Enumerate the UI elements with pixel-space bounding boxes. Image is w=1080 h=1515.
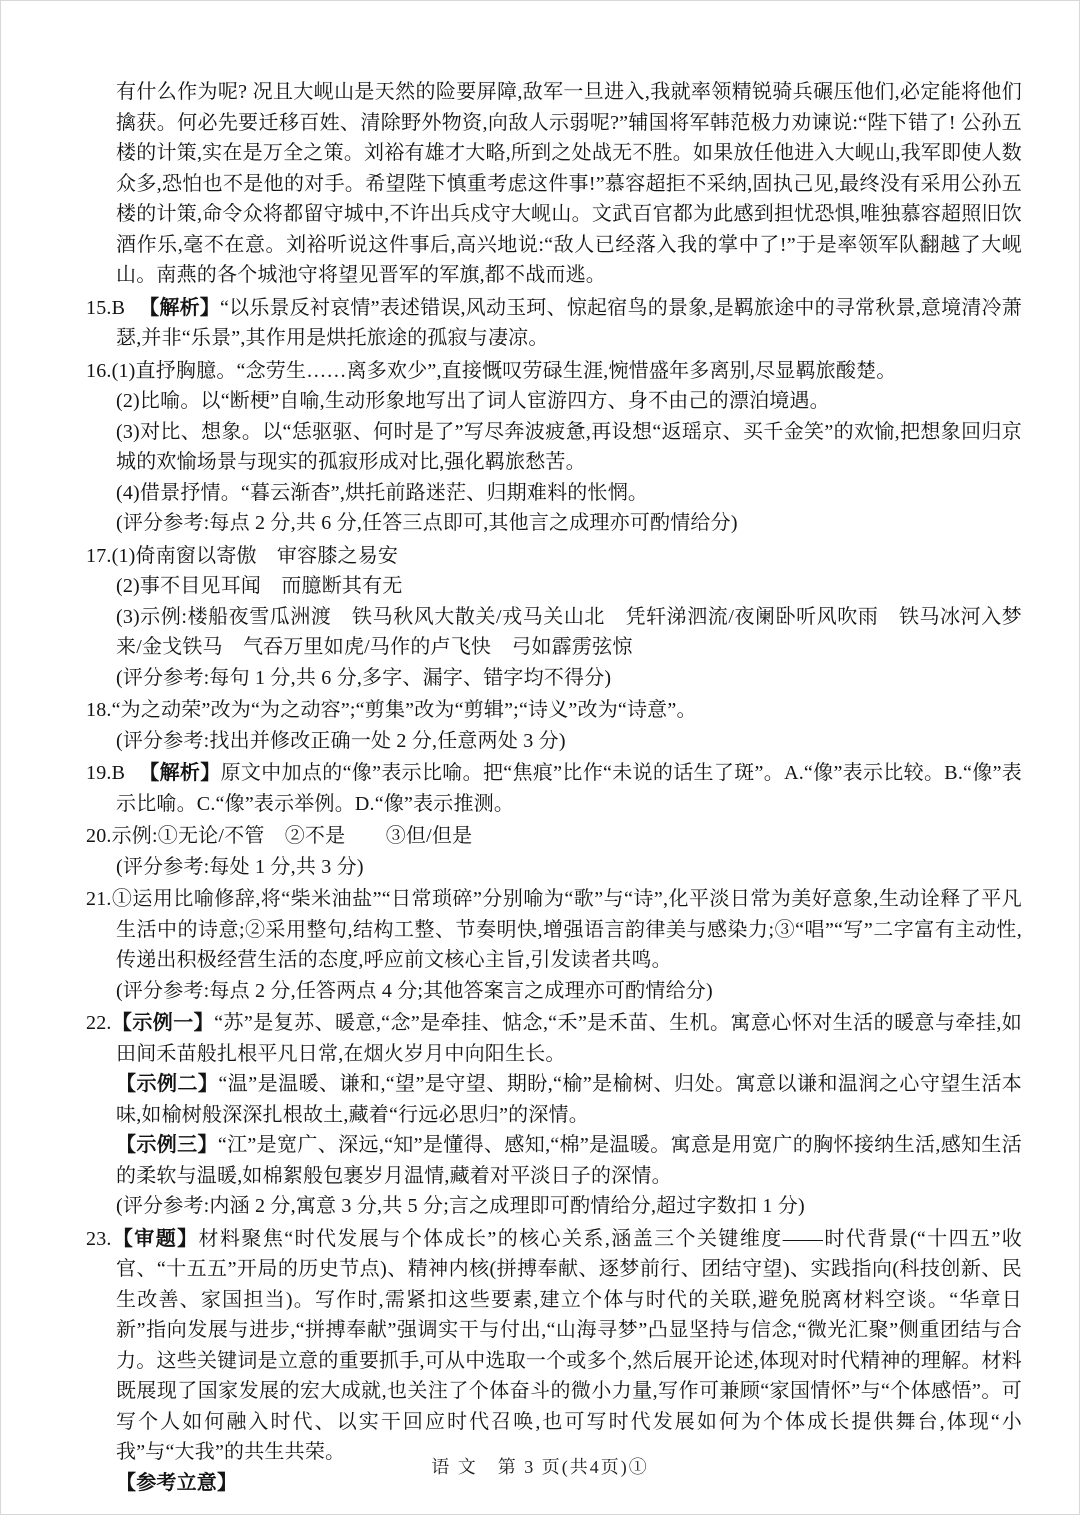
analysis-label: 【解析】 — [139, 762, 220, 784]
answer-paragraph: (2)比喻。以“断梗”自喻,生动形象地写出了词人宦游四方、身不由己的漂泊境遇。 — [116, 386, 1022, 417]
item-number: 17. — [86, 545, 112, 567]
answer-paragraph: 21.①运用比喻修辞,将“柴米油盐”“日常琐碎”分别喻为“歌”与“诗”,化平淡日… — [116, 884, 1022, 976]
translation-paragraph: 有什么作为呢? 况且大岘山是天然的险要屏障,敌军一旦进入,我就率领精锐骑兵碾压他… — [86, 77, 1022, 291]
topic-analysis-label: 【审题】 — [112, 1228, 199, 1250]
analysis-label: 【解析】 — [139, 297, 220, 319]
answer-paragraph: 22.【示例一】“苏”是复苏、暖意,“念”是牵挂、惦念,“禾”是禾苗、生机。寓意… — [116, 1008, 1022, 1069]
scoring-note: (评分参考:内涵 2 分,寓意 3 分,共 5 分;言之成理即可酌情给分,超过字… — [116, 1191, 1022, 1222]
page-footer: 语 文 第 3 页(共4页)① — [1, 1453, 1079, 1479]
exam-answer-page: 有什么作为呢? 况且大岘山是天然的险要屏障,敌军一旦进入,我就率领精锐骑兵碾压他… — [0, 0, 1080, 1515]
answer-paragraph: (3)示例:楼船夜雪瓜洲渡 铁马秋风大散关/戎马关山北 凭轩涕泗流/夜阑卧听风吹… — [116, 602, 1022, 663]
answer-item-20: 20.示例:①无论/不管 ②不是 ③但/但是 (评分参考:每处 1 分,共 3 … — [86, 821, 1022, 882]
answer-paragraph: 17.(1)倚南窗以寄傲 审容膝之易安 — [116, 541, 1022, 572]
item-number: 16. — [86, 360, 112, 382]
answer-item-16: 16.(1)直抒胸臆。“念劳生……离多欢少”,直接慨叹劳碌生涯,惋惜盛年多离别,… — [86, 356, 1022, 539]
answer-item-17: 17.(1)倚南窗以寄傲 审容膝之易安 (2)事不目见耳闻 而臆断其有无 (3)… — [86, 541, 1022, 694]
item-number: 19.B — [86, 762, 125, 784]
example-3-label: 【示例三】 — [116, 1134, 218, 1156]
item-number: 21. — [86, 888, 112, 910]
answer-content: 有什么作为呢? 况且大岘山是天然的险要屏障,敌军一旦进入,我就率领精锐骑兵碾压他… — [86, 77, 1022, 1500]
scoring-note: (评分参考:找出并修改正确一处 2 分,任意两处 3 分) — [116, 726, 1022, 757]
answer-paragraph: (4)借景抒情。“暮云渐杳”,烘托前路迷茫、归期难料的怅惘。 — [116, 478, 1022, 509]
answer-paragraph: 有什么作为呢? 况且大岘山是天然的险要屏障,敌军一旦进入,我就率领精锐骑兵碾压他… — [116, 77, 1022, 291]
answer-item-18: 18.“为之动荣”改为“为之动容”;“剪集”改为“剪辑”;“诗义”改为“诗意”。… — [86, 695, 1022, 756]
scoring-note: (评分参考:每点 2 分,共 6 分,任答三点即可,其他言之成理亦可酌情给分) — [116, 508, 1022, 539]
answer-paragraph: 23.【审题】材料聚焦“时代发展与个体成长”的核心关系,涵盖三个关键维度——时代… — [116, 1224, 1022, 1468]
scoring-note: (评分参考:每句 1 分,共 6 分,多字、漏字、错字均不得分) — [116, 663, 1022, 694]
scoring-note: (评分参考:每点 2 分,任答两点 4 分;其他答案言之成理亦可酌情给分) — [116, 976, 1022, 1007]
answer-item-21: 21.①运用比喻修辞,将“柴米油盐”“日常琐碎”分别喻为“歌”与“诗”,化平淡日… — [86, 884, 1022, 1006]
page-footer-text: 语 文 第 3 页(共4页)① — [431, 1457, 649, 1477]
example-1-label: 【示例一】 — [112, 1012, 215, 1034]
item-number: 23. — [86, 1228, 112, 1250]
item-number: 22. — [86, 1012, 112, 1034]
item-number: 18. — [86, 699, 112, 721]
answer-item-22: 22.【示例一】“苏”是复苏、暖意,“念”是牵挂、惦念,“禾”是禾苗、生机。寓意… — [86, 1008, 1022, 1222]
item-number: 15.B — [86, 297, 125, 319]
answer-paragraph: 【示例二】“温”是温暖、谦和,“望”是守望、期盼,“榆”是榆树、归处。寓意以谦和… — [116, 1069, 1022, 1130]
answer-paragraph: 20.示例:①无论/不管 ②不是 ③但/但是 — [116, 821, 1022, 852]
scoring-note: (评分参考:每处 1 分,共 3 分) — [116, 852, 1022, 883]
example-2-label: 【示例二】 — [116, 1073, 218, 1095]
answer-paragraph: 15.B【解析】“以乐景反衬哀情”表述错误,风动玉珂、惊起宿鸟的景象,是羁旅途中… — [116, 293, 1022, 354]
answer-paragraph: 16.(1)直抒胸臆。“念劳生……离多欢少”,直接慨叹劳碌生涯,惋惜盛年多离别,… — [116, 356, 1022, 387]
answer-paragraph: (3)对比、想象。以“恁驱驱、何时是了”写尽奔波疲惫,再设想“返瑶京、买千金笑”… — [116, 417, 1022, 478]
answer-paragraph: 【示例三】“江”是宽广、深远,“知”是懂得、感知,“棉”是温暖。寓意是用宽广的胸… — [116, 1130, 1022, 1191]
answer-paragraph: (2)事不目见耳闻 而臆断其有无 — [116, 571, 1022, 602]
answer-item-19: 19.B【解析】原文中加点的“像”表示比喻。把“焦痕”比作“未说的话生了斑”。A… — [86, 758, 1022, 819]
answer-paragraph: 18.“为之动荣”改为“为之动容”;“剪集”改为“剪辑”;“诗义”改为“诗意”。 — [116, 695, 1022, 726]
answer-item-15: 15.B【解析】“以乐景反衬哀情”表述错误,风动玉珂、惊起宿鸟的景象,是羁旅途中… — [86, 293, 1022, 354]
answer-paragraph: 19.B【解析】原文中加点的“像”表示比喻。把“焦痕”比作“未说的话生了斑”。A… — [116, 758, 1022, 819]
item-number: 20. — [86, 825, 112, 847]
